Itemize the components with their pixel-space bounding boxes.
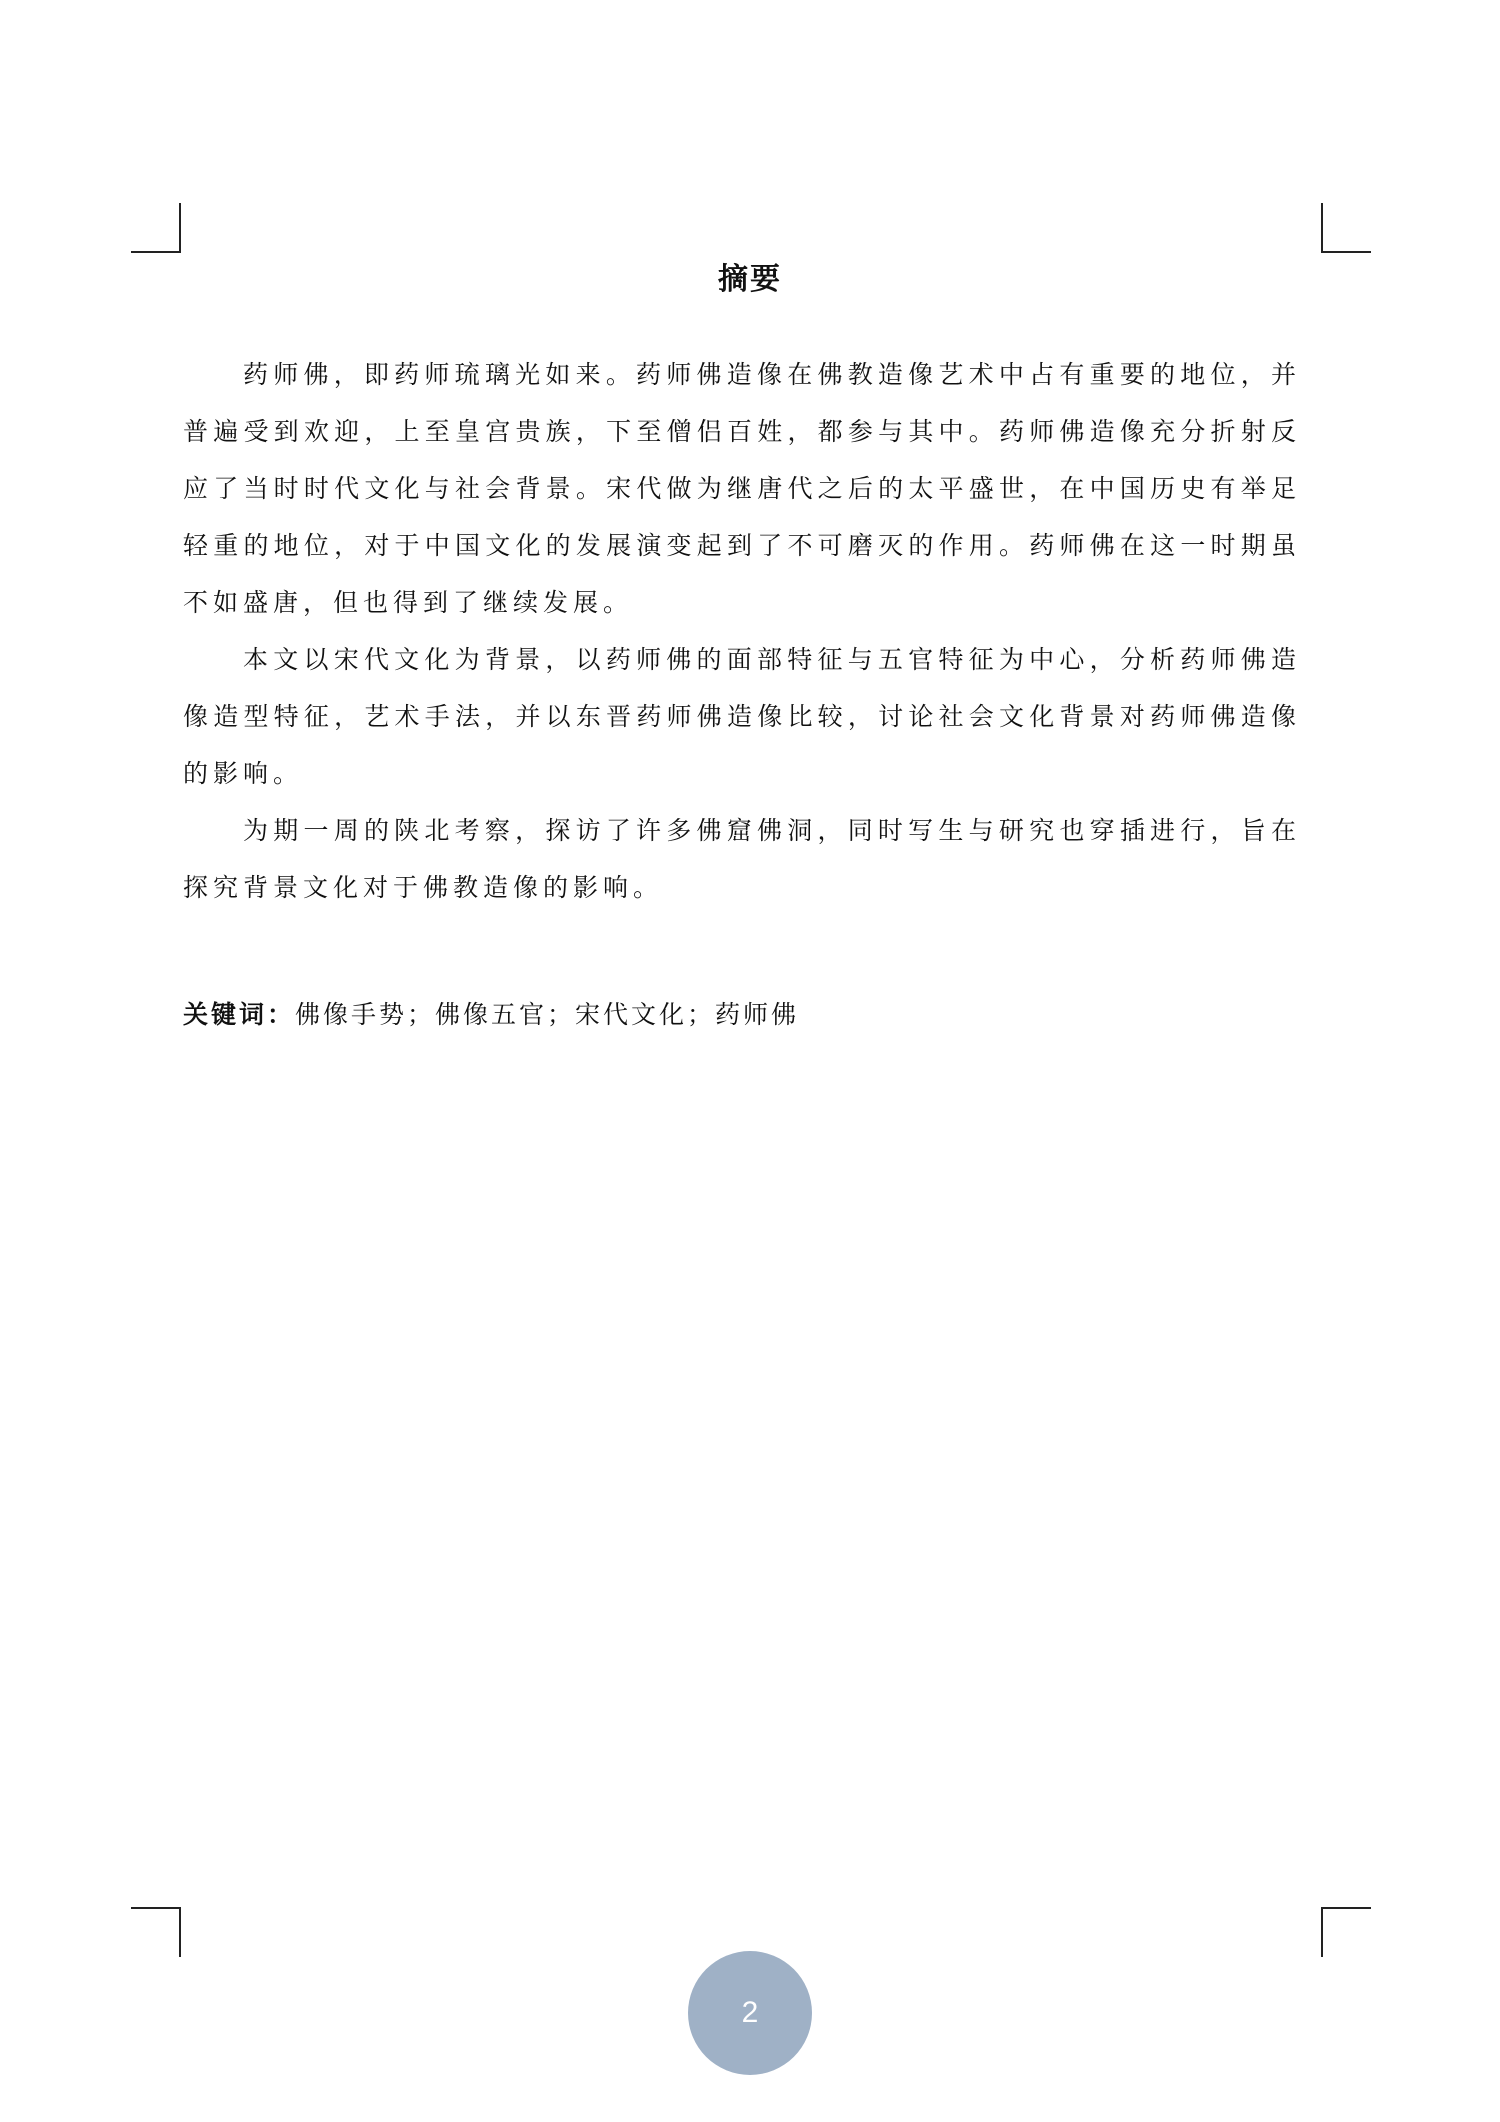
keywords-label: 关键词： <box>183 1000 295 1029</box>
keywords-line: 关键词：佛像手势；佛像五官；宋代文化；药师佛 <box>183 995 799 1035</box>
crop-mark-top-left <box>131 203 181 253</box>
page-title: 摘要 <box>0 260 1500 300</box>
keywords-value: 佛像手势；佛像五官；宋代文化；药师佛 <box>295 1000 799 1029</box>
crop-mark-bottom-left <box>131 1907 181 1957</box>
abstract-paragraph-1: 药师佛，即药师琉璃光如来。药师佛造像在佛教造像艺术中占有重要的地位，并普遍受到欢… <box>183 346 1301 631</box>
abstract-paragraph-3: 为期一周的陕北考察，探访了许多佛窟佛洞，同时写生与研究也穿插进行，旨在探究背景文… <box>183 802 1301 916</box>
crop-mark-top-right <box>1321 203 1371 253</box>
page-number-badge: 2 <box>688 1951 812 2075</box>
abstract-body: 药师佛，即药师琉璃光如来。药师佛造像在佛教造像艺术中占有重要的地位，并普遍受到欢… <box>183 346 1301 916</box>
abstract-paragraph-2: 本文以宋代文化为背景，以药师佛的面部特征与五官特征为中心，分析药师佛造像造型特征… <box>183 631 1301 802</box>
crop-mark-bottom-right <box>1321 1907 1371 1957</box>
